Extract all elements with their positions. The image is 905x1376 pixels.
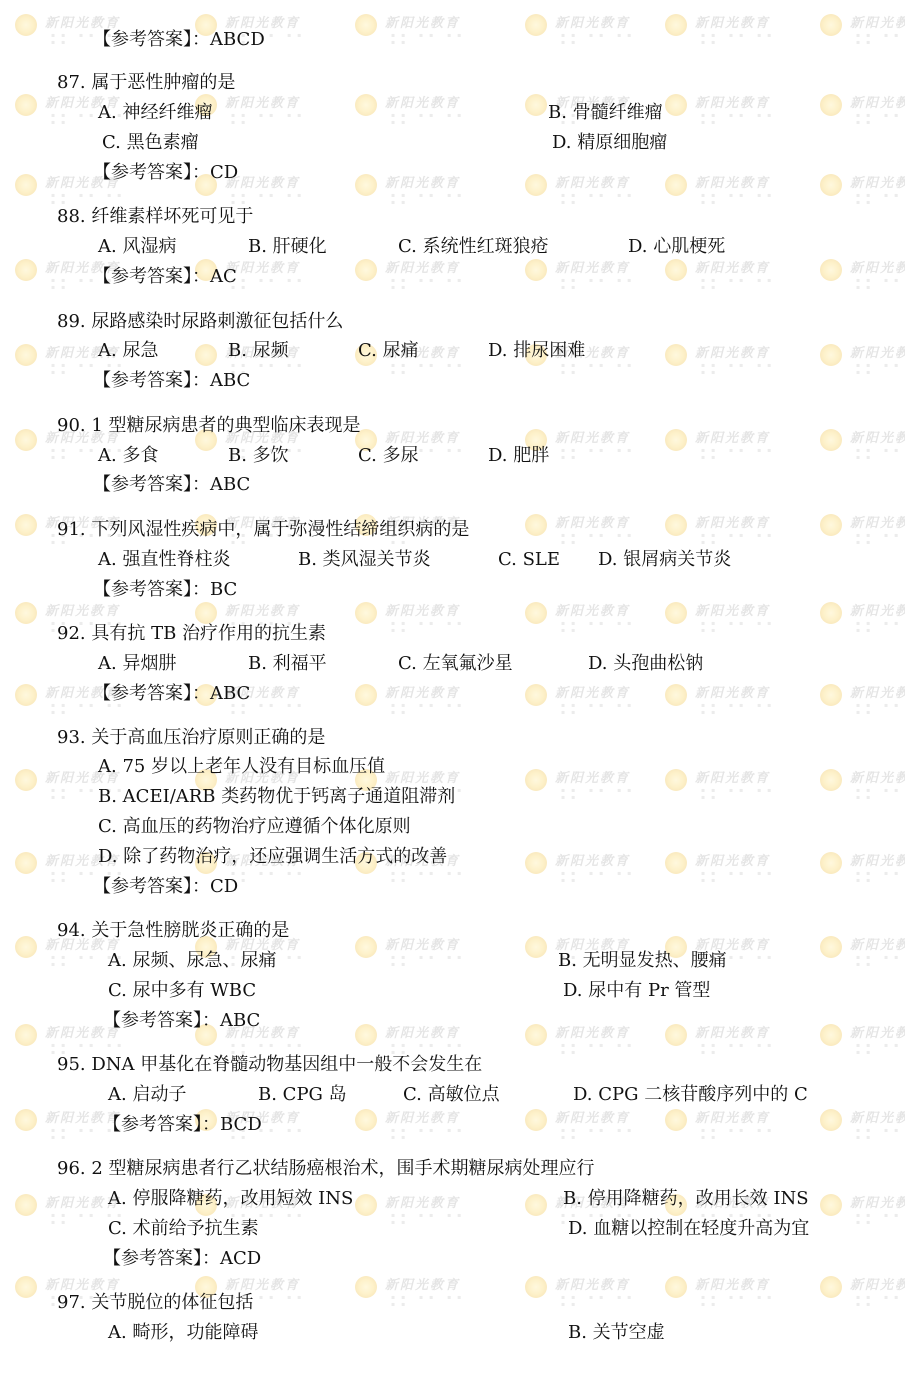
question-title: 90. 1 型糖尿病患者的典型临床表现是 [57, 415, 361, 437]
answer-option: B. 肝硬化 [248, 236, 327, 258]
answer-option: D. 银屑病关节炎 [598, 549, 731, 571]
reference-answer: 【参考答案】：ABC [93, 370, 250, 392]
reference-answer: 【参考答案】：AC [93, 266, 237, 288]
answer-option: B. 尿频 [228, 340, 289, 362]
answer-option: B. 多饮 [228, 445, 289, 467]
answer-option: C. 系统性红斑狼疮 [398, 236, 549, 258]
answer-option: D. 血糖以控制在轻度升高为宜 [568, 1218, 809, 1240]
reference-answer: 【参考答案】：ABC [93, 474, 250, 496]
answer-option: A. 启动子 [108, 1084, 186, 1106]
answer-option: A. 风湿病 [98, 236, 176, 258]
answer-option: A. 异烟肼 [98, 653, 176, 675]
question-title: 96. 2 型糖尿病患者行乙状结肠癌根治术，围手术期糖尿病处理应行 [57, 1158, 595, 1180]
answer-option: B. CPG 岛 [258, 1084, 347, 1106]
answer-option: D. 尿中有 Pr 管型 [563, 980, 710, 1002]
answer-option: B. 关节空虚 [568, 1322, 665, 1344]
answer-option: C. 尿痛 [358, 340, 419, 362]
answer-option: A. 尿频、尿急、尿痛 [108, 950, 276, 972]
answer-option: D. 头孢曲松钠 [588, 653, 703, 675]
answer-option: C. 高血压的药物治疗应遵循个体化原则 [98, 816, 411, 838]
reference-answer: 【参考答案】：ABC [93, 683, 250, 705]
answer-option: D. 除了药物治疗，还应强调生活方式的改善 [98, 846, 447, 868]
answer-option: C. SLE [498, 549, 560, 571]
answer-option: C. 尿中多有 WBC [108, 980, 256, 1002]
reference-answer: 【参考答案】：CD [93, 876, 238, 898]
answer-option: B. 利福平 [248, 653, 327, 675]
question-title: 94. 关于急性膀胱炎正确的是 [57, 920, 289, 942]
answer-option: D. 心肌梗死 [628, 236, 725, 258]
answer-option: A. 强直性脊柱炎 [98, 549, 230, 571]
reference-answer: 【参考答案】：CD [93, 162, 238, 184]
answer-option: A. 尿急 [98, 340, 158, 362]
reference-answer: 【参考答案】：ABCD [93, 29, 265, 51]
answer-option: C. 黑色素瘤 [102, 132, 199, 154]
reference-answer: 【参考答案】：ACD [103, 1248, 261, 1270]
question-title: 92. 具有抗 TB 治疗作用的抗生素 [57, 623, 326, 645]
reference-answer: 【参考答案】：BC [93, 579, 237, 601]
answer-option: B. ACEI/ARB 类药物优于钙离子通道阻滞剂 [98, 786, 455, 808]
answer-option: A. 神经纤维瘤 [98, 102, 212, 124]
question-title: 93. 关于高血压治疗原则正确的是 [57, 727, 325, 749]
answer-option: C. 术前给予抗生素 [108, 1218, 259, 1240]
answer-option: A. 多食 [98, 445, 158, 467]
answer-option: C. 左氧氟沙星 [398, 653, 513, 675]
question-title: 88. 纤维素样坏死可见于 [57, 206, 253, 228]
answer-option: D. 排尿困难 [488, 340, 585, 362]
question-title: 91. 下列风湿性疾病中，属于弥漫性结缔组织病的是 [57, 519, 469, 541]
answer-option: B. 骨髓纤维瘤 [548, 102, 663, 124]
answer-option: D. CPG 二核苷酸序列中的 C [573, 1084, 808, 1106]
reference-answer: 【参考答案】：BCD [103, 1114, 262, 1136]
answer-option: A. 停服降糖药，改用短效 INS [108, 1188, 353, 1210]
answer-option: B. 无明显发热、腰痛 [558, 950, 727, 972]
answer-option: B. 停用降糖药，改用长效 INS [563, 1188, 809, 1210]
question-title: 89. 尿路感染时尿路刺激征包括什么 [57, 311, 343, 333]
question-title: 95. DNA 甲基化在脊髓动物基因组中一般不会发生在 [57, 1054, 482, 1076]
reference-answer: 【参考答案】：ABC [103, 1010, 260, 1032]
question-title: 97. 关节脱位的体征包括 [57, 1292, 253, 1314]
answer-option: D. 精原细胞瘤 [552, 132, 667, 154]
answer-option: A. 畸形，功能障碍 [108, 1322, 258, 1344]
question-title: 87. 属于恶性肿瘤的是 [57, 72, 235, 94]
answer-option: D. 肥胖 [488, 445, 549, 467]
answer-option: C. 高敏位点 [403, 1084, 500, 1106]
answer-option: B. 类风湿关节炎 [298, 549, 431, 571]
answer-option: A. 75 岁以上老年人没有目标血压值 [98, 756, 385, 778]
answer-option: C. 多尿 [358, 445, 419, 467]
exam-document: 【参考答案】：ABCD87. 属于恶性肿瘤的是A. 神经纤维瘤B. 骨髓纤维瘤C… [0, 0, 905, 1376]
